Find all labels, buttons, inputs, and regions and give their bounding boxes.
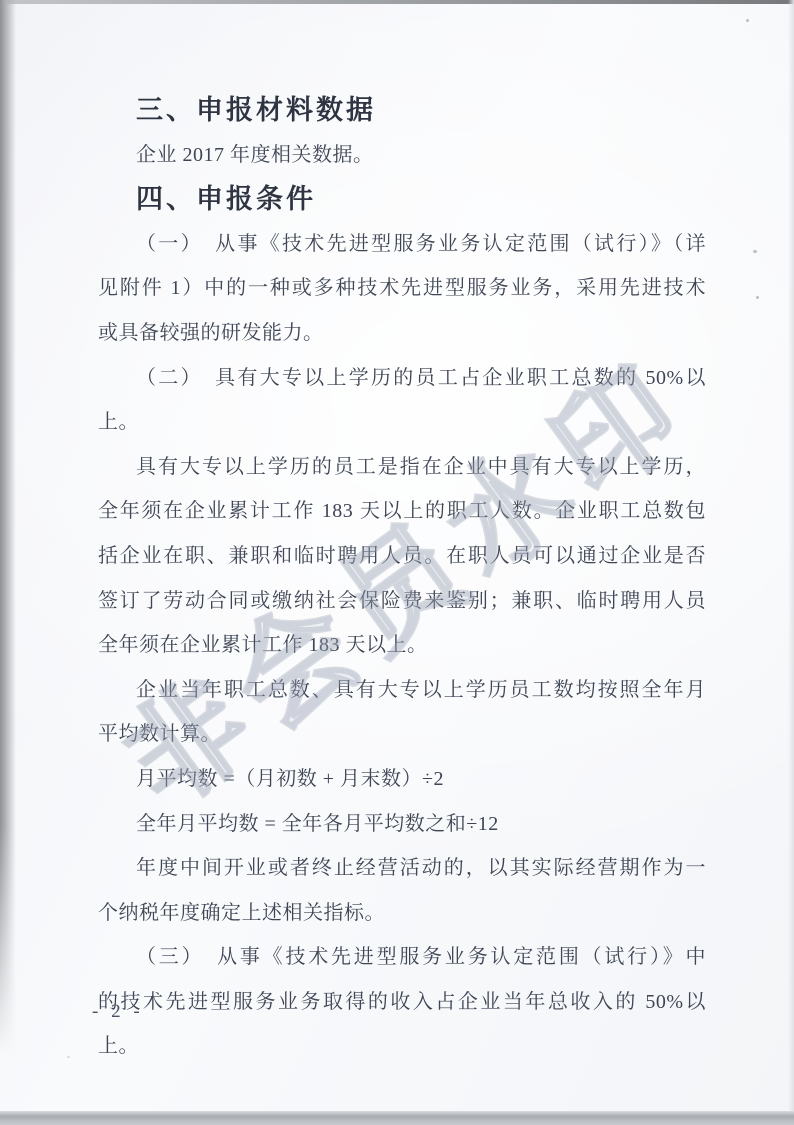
- doc-line: 上。: [98, 400, 706, 445]
- doc-line: 全年须在企业累计工作 183 天以上。: [98, 623, 706, 668]
- doc-line: （二） 具有大专以上学历的员工占企业职工总数的 50%以: [98, 356, 706, 401]
- page-number: - 2 -: [92, 1001, 144, 1023]
- section-heading-application-materials: 三、申报材料数据: [98, 88, 706, 133]
- scanned-document-page: 三、申报材料数据 企业 2017 年度相关数据。 四、申报条件 （一） 从事《技…: [0, 0, 794, 1125]
- doc-line: 具有大专以上学历的员工是指在企业中具有大专以上学历，: [98, 445, 706, 490]
- doc-line-formula-annual-average: 全年月平均数 = 全年各月平均数之和÷12: [98, 802, 706, 847]
- doc-line: 企业当年职工总数、具有大专以上学历员工数均按照全年月: [98, 668, 706, 713]
- scan-edge-bottom: [0, 1111, 794, 1125]
- doc-line: （一） 从事《技术先进型服务业务认定范围（试行）》（详: [98, 222, 706, 267]
- scan-speck: [746, 19, 749, 22]
- scan-edge-top: [0, 0, 794, 4]
- doc-line: 个纳税年度确定上述相关指标。: [98, 891, 706, 936]
- document-body: 三、申报材料数据 企业 2017 年度相关数据。 四、申报条件 （一） 从事《技…: [98, 88, 706, 1069]
- scan-speck: [753, 250, 757, 253]
- doc-line: 签订了劳动合同或缴纳社会保险费来鉴别；兼职、临时聘用人员: [98, 579, 706, 624]
- doc-line: 平均数计算。: [98, 712, 706, 757]
- doc-line: 全年须在企业累计工作 183 天以上的职工人数。企业职工总数包: [98, 489, 706, 534]
- doc-line: 括企业在职、兼职和临时聘用人员。在职人员可以通过企业是否: [98, 534, 706, 579]
- scan-speck: [756, 296, 759, 299]
- doc-line: 的技术先进型服务业务取得的收入占企业当年总收入的 50%以: [98, 980, 706, 1025]
- doc-line: 上。: [98, 1024, 706, 1069]
- doc-line: 或具备较强的研发能力。: [98, 311, 706, 356]
- doc-line: （三） 从事《技术先进型服务业务认定范围（试行）》中: [98, 935, 706, 980]
- doc-line: 年度中间开业或者终止经营活动的，以其实际经营期作为一: [98, 846, 706, 891]
- doc-line: 企业 2017 年度相关数据。: [98, 133, 706, 178]
- scan-speck: [67, 1056, 70, 1058]
- doc-line-formula-monthly-average: 月平均数 =（月初数 + 月末数）÷2: [98, 757, 706, 802]
- doc-line: 见附件 1）中的一种或多种技术先进型服务业务，采用先进技术: [98, 266, 706, 311]
- scan-edge-left: [0, 0, 16, 1055]
- section-heading-application-conditions: 四、申报条件: [98, 177, 706, 222]
- scan-edge-right: [788, 0, 794, 1125]
